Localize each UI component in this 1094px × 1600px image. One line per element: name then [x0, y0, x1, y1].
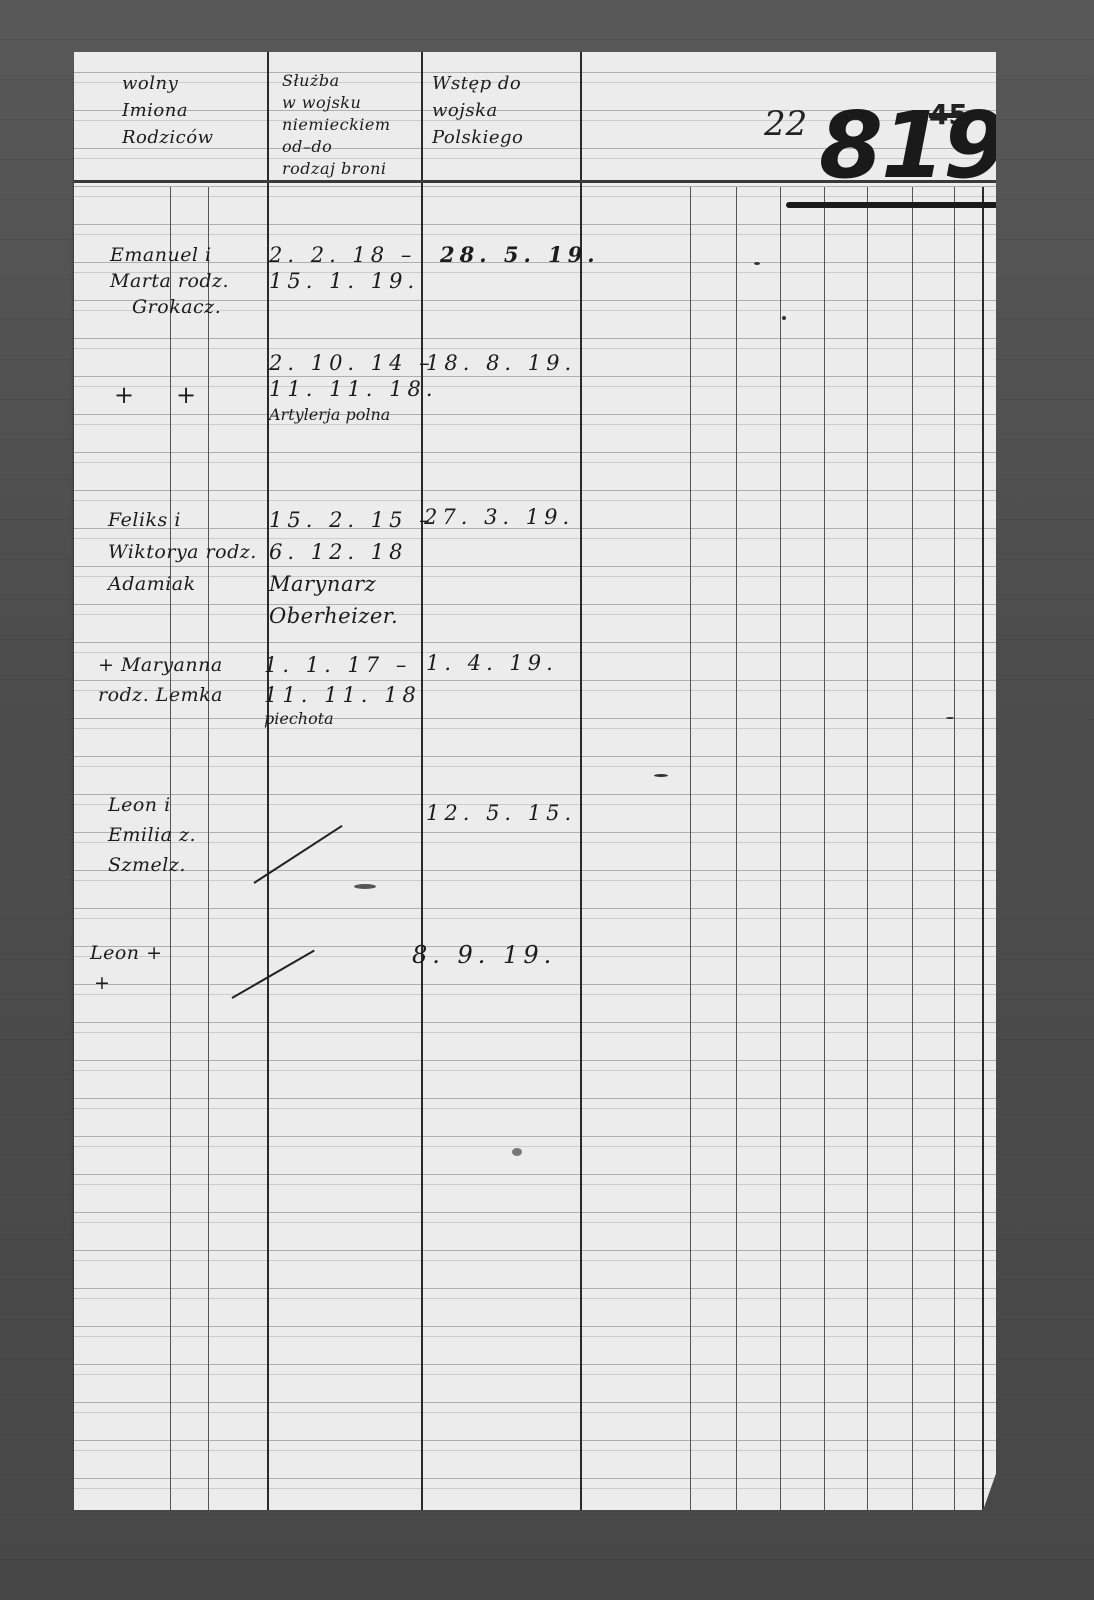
- column-divider: [780, 187, 781, 1510]
- header-line: Imiona: [122, 97, 213, 124]
- header-line: wojska: [432, 97, 523, 124]
- row-2-entry: 18. 8. 19.: [426, 350, 576, 376]
- cell-line: 11. 11. 18: [264, 680, 421, 710]
- secondary-page-number: 22: [764, 104, 807, 144]
- row-4-parents: + Maryanna rodz. Lemka: [98, 650, 223, 710]
- cell-line: Marynarz: [269, 568, 435, 600]
- cell-line: 2. 10. 14 –: [269, 350, 438, 376]
- stain: [512, 1148, 522, 1156]
- ink-speck: [654, 774, 668, 777]
- ink-speck: [754, 262, 760, 265]
- header-line: Polskiego: [432, 124, 523, 151]
- header-line: Rodziców: [122, 124, 213, 151]
- row-2-father-mark: +: [114, 382, 135, 408]
- cell-line: 2. 2. 18 –: [269, 242, 419, 268]
- ink-speck: [782, 316, 786, 320]
- header-line: niemieckiem: [282, 114, 391, 136]
- ink-speck: [946, 717, 954, 719]
- row-1-parents: Emanuel i Marta rodz. Grokacz.: [110, 242, 229, 320]
- column-divider: [954, 187, 955, 1510]
- cell-line: +: [90, 968, 163, 998]
- row-6-parents: Leon + +: [90, 938, 163, 998]
- cell-line: Leon +: [90, 938, 163, 968]
- cell-line: Feliks i: [108, 504, 257, 536]
- cell-line: Emilia z.: [108, 820, 196, 850]
- header-german-service: Służba w wojsku niemieckiem od–do rodzaj…: [282, 70, 391, 180]
- cell-line: Grokacz.: [110, 294, 229, 320]
- column-divider: [867, 187, 868, 1510]
- cell-line: + Maryanna: [98, 650, 223, 680]
- cell-line: 6. 12. 18: [269, 536, 435, 568]
- cell-line: 1. 1. 17 –: [264, 650, 421, 680]
- cell-line: Szmelz.: [108, 850, 196, 880]
- row-4-service: 1. 1. 17 – 11. 11. 18 piechota: [264, 650, 421, 728]
- header-line: Wstęp do: [432, 70, 523, 97]
- row-6-entry: 8. 9. 19.: [412, 942, 556, 968]
- column-divider: [580, 52, 582, 1510]
- cell-line: piechota: [264, 710, 421, 728]
- header-line: od–do: [282, 136, 391, 158]
- row-1-service: 2. 2. 18 – 15. 1. 19.: [269, 242, 419, 294]
- row-3-entry: 27. 3. 19.: [424, 504, 574, 530]
- cell-line: Emanuel i: [110, 242, 229, 268]
- cell-line: Oberheizer.: [269, 600, 435, 632]
- cell-line: rodz. Lemka: [98, 680, 223, 710]
- header-parents: wolny Imiona Rodziców: [122, 70, 213, 151]
- column-divider: [982, 187, 984, 1510]
- column-divider: [824, 187, 825, 1510]
- header-line: wolny: [122, 70, 213, 97]
- cell-line: Wiktorya rodz.: [108, 536, 257, 568]
- cell-line: 15. 1. 19.: [269, 268, 419, 294]
- header-line: w wojsku: [282, 92, 391, 114]
- header-polish-army: Wstęp do wojska Polskiego: [432, 70, 523, 151]
- cell-line: Adamiak: [108, 568, 257, 600]
- row-3-parents: Feliks i Wiktorya rodz. Adamiak: [108, 504, 257, 600]
- cell-line: Artylerja polna: [269, 402, 438, 428]
- ink-smudge: [354, 884, 376, 889]
- row-2-service: 2. 10. 14 – 11. 11. 18. Artylerja polna: [269, 350, 438, 428]
- column-divider: [912, 187, 913, 1510]
- cell-line: Marta rodz.: [110, 268, 229, 294]
- row-4-entry: 1. 4. 19.: [426, 650, 558, 676]
- cell-line: Leon i: [108, 790, 196, 820]
- column-divider: [736, 187, 737, 1510]
- header-line: Służba: [282, 70, 391, 92]
- ledger-sheet: wolny Imiona Rodziców Służba w wojsku ni…: [74, 52, 996, 1510]
- page-number-underline: [786, 202, 996, 208]
- column-divider: [421, 52, 423, 1510]
- row-2-mother-mark: +: [176, 382, 197, 408]
- row-5-entry: 12. 5. 15.: [426, 800, 576, 826]
- column-divider: [208, 187, 209, 1510]
- cell-line: 11. 11. 18.: [269, 376, 438, 402]
- row-5-parents: Leon i Emilia z. Szmelz.: [108, 790, 196, 880]
- page-number: 819: [819, 92, 996, 199]
- header-line: rodzaj broni: [282, 158, 391, 180]
- column-divider: [690, 187, 691, 1510]
- cell-line: 15. 2. 15 –: [269, 504, 435, 536]
- row-1-entry: 28. 5. 19.: [440, 242, 600, 268]
- row-3-service: 15. 2. 15 – 6. 12. 18 Marynarz Oberheize…: [269, 504, 435, 632]
